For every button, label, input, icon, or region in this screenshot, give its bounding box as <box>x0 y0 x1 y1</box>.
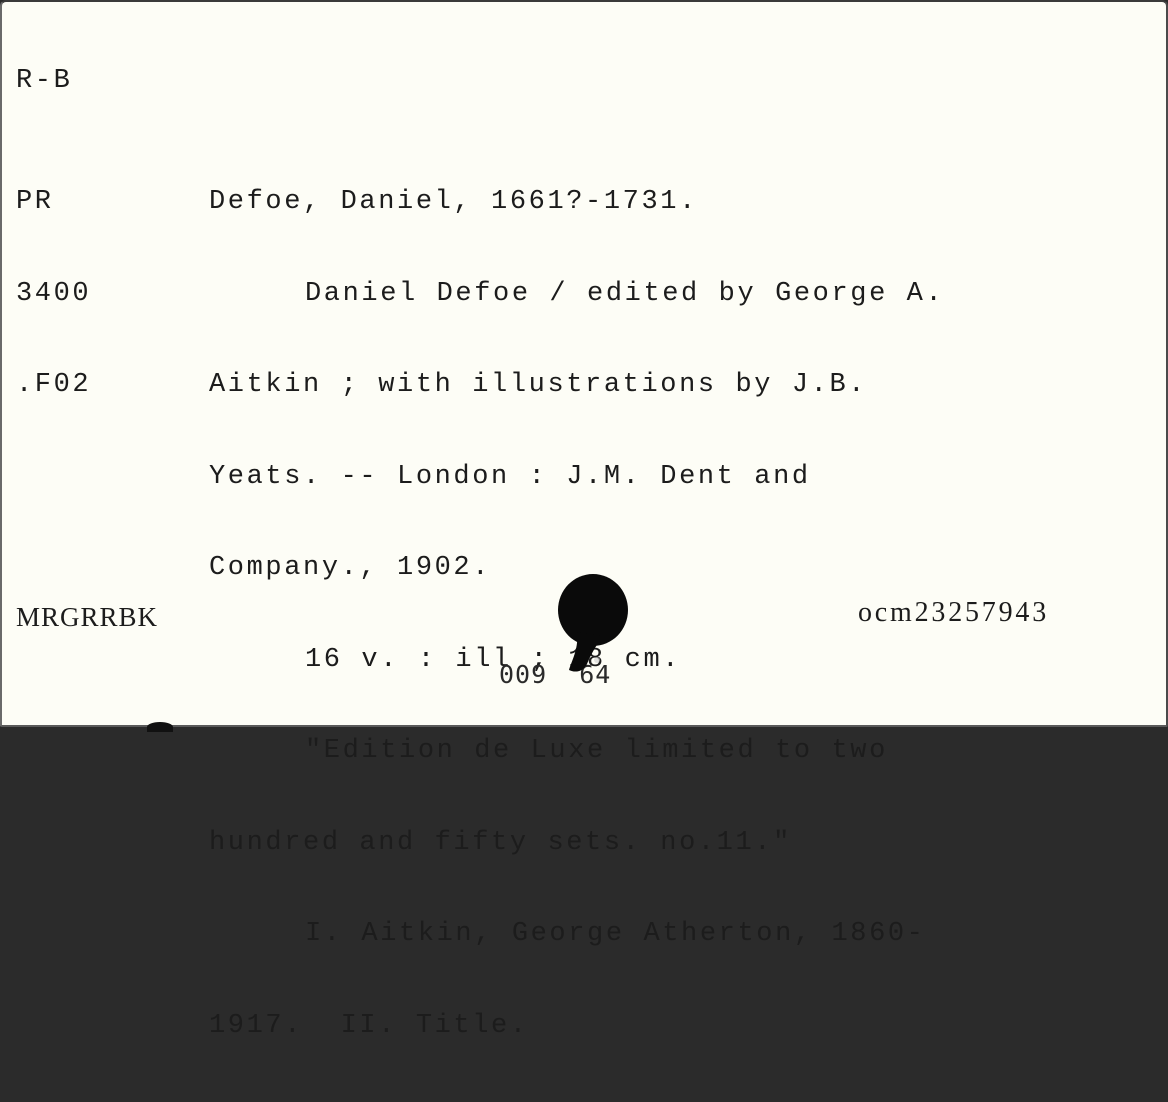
entry-line: Daniel Defoe / edited by George A. <box>209 279 944 310</box>
location-code: R-B <box>16 66 72 97</box>
entry-line: Yeats. -- London : J.M. Dent and <box>209 462 944 493</box>
oclc-number: ocm23257943 <box>858 598 1049 629</box>
entry-line: Defoe, Daniel, 1661?-1731. <box>209 187 944 218</box>
entry-line: Aitkin ; with illustrations by J.B. <box>209 370 944 401</box>
punch-hole-icon <box>557 574 629 674</box>
call-number: PR 3400 .F02 <box>16 126 91 462</box>
call-number-line: .F02 <box>16 370 91 401</box>
call-number-line: PR <box>16 187 91 218</box>
edge-mark <box>147 722 173 727</box>
catalog-card: R-B PR 3400 .F02 Defoe, Daniel, 1661?-17… <box>0 0 1168 727</box>
call-number-line: 3400 <box>16 279 91 310</box>
holding-code: MRGRRBK <box>16 602 158 633</box>
